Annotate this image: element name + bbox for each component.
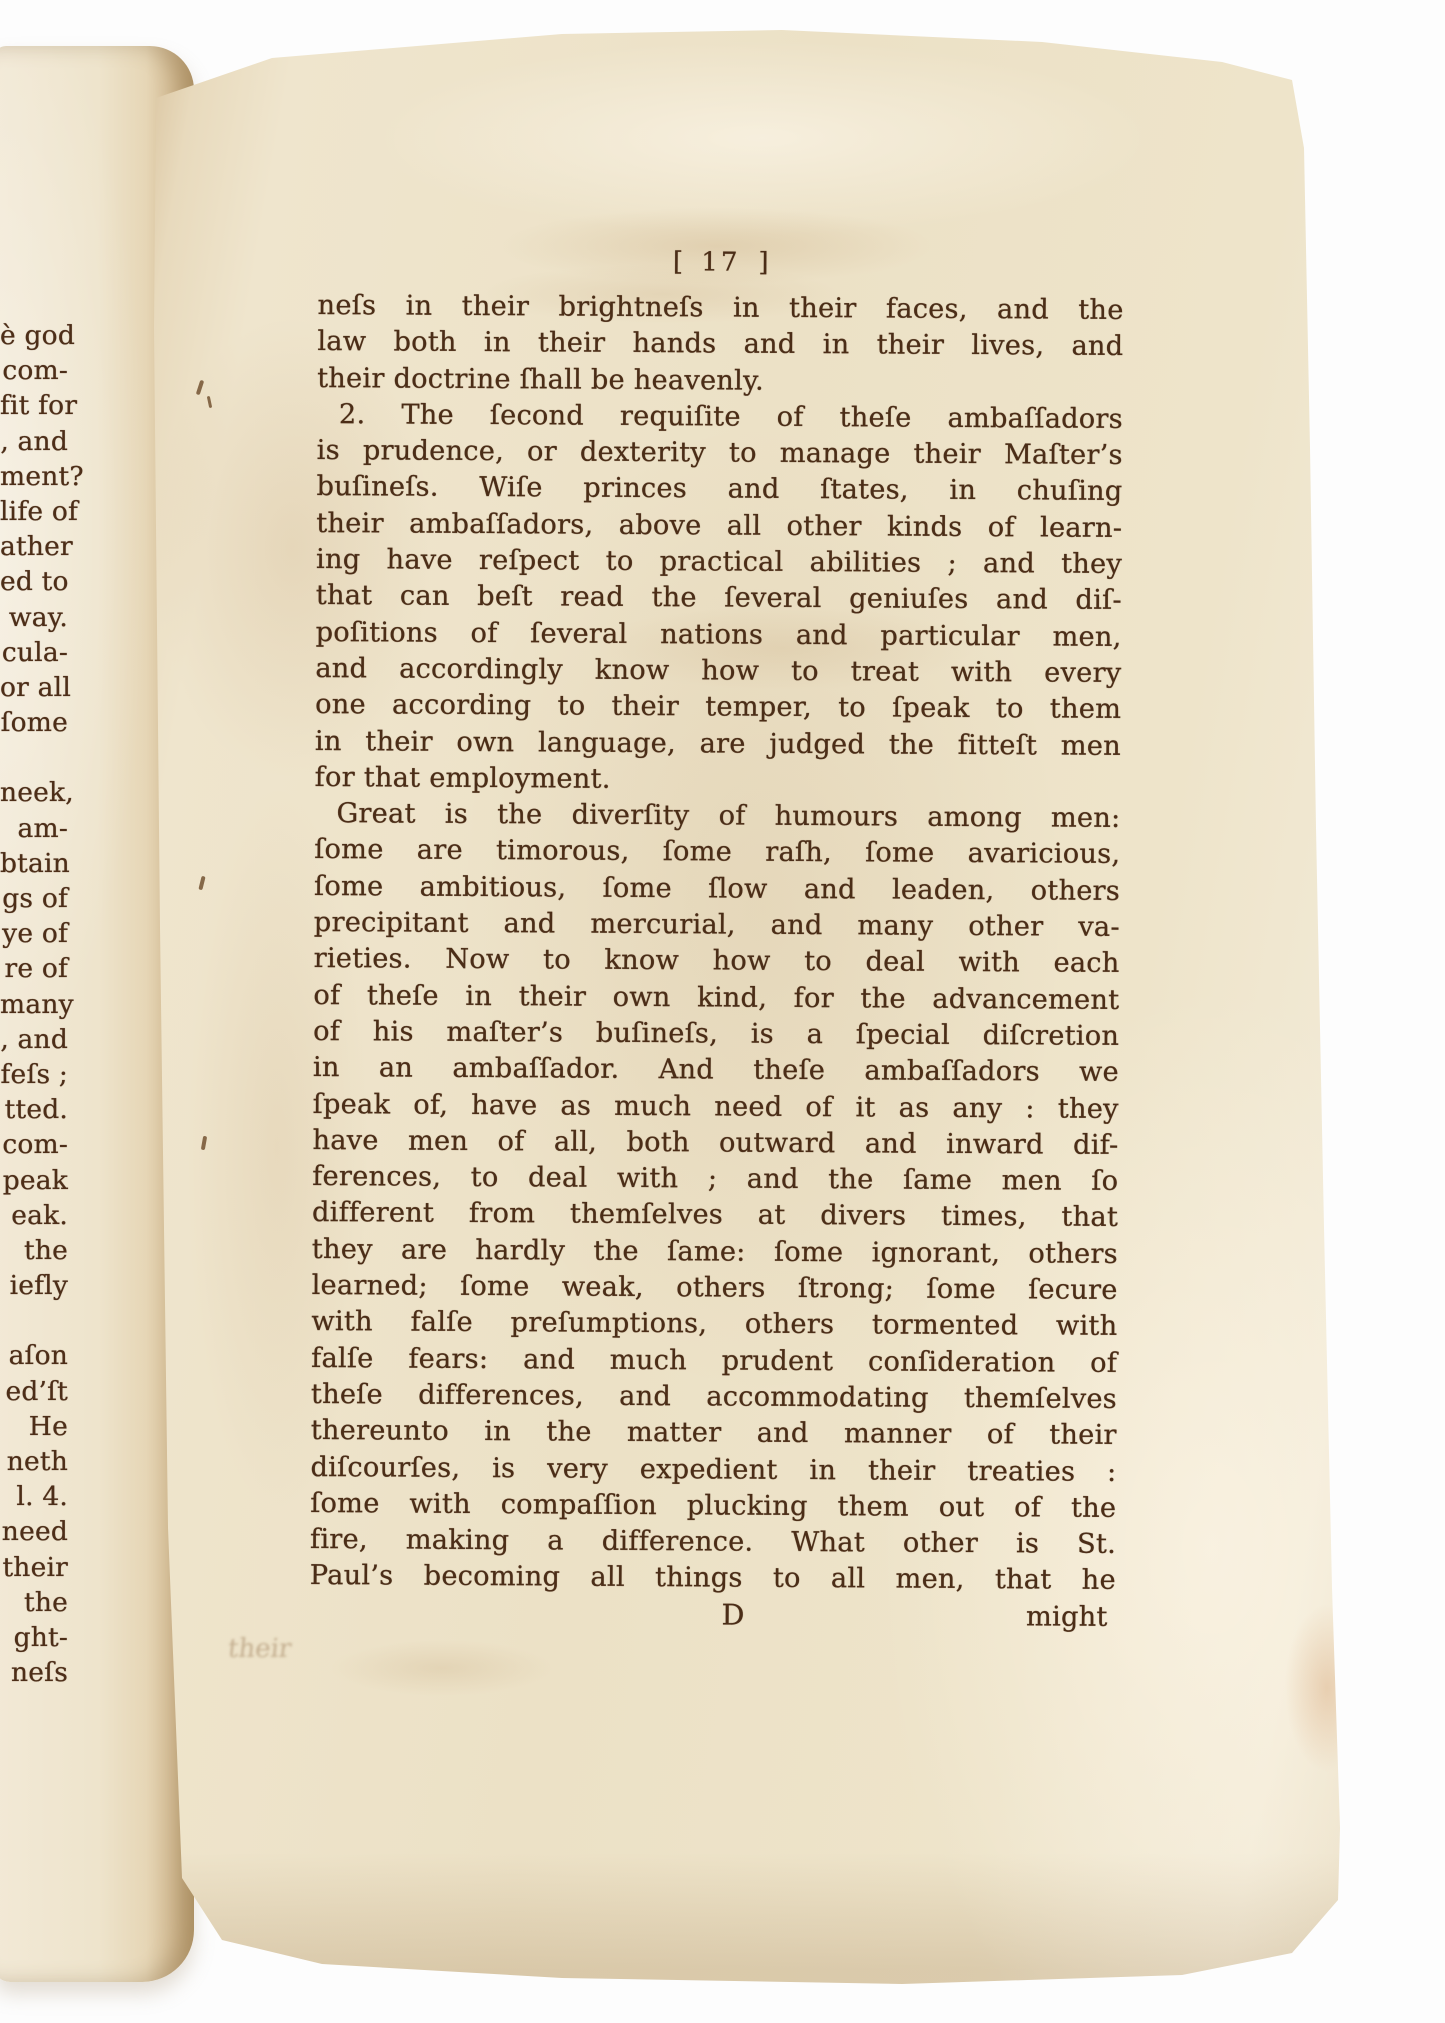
fragment-line: , and — [0, 424, 68, 459]
fragment-line: ſome — [0, 705, 68, 740]
text-line: rieties. Now to know how to deal with ea… — [314, 941, 1120, 982]
text-line: precipitant and mercurial, and many othe… — [314, 905, 1120, 946]
fragment-line: their — [0, 1550, 68, 1585]
text-line: in their own language, are judged the fi… — [315, 724, 1121, 765]
text-line: of theſe in their own kind, for the adva… — [313, 978, 1119, 1019]
fragment-line: , and — [0, 1022, 68, 1057]
fragment-line: neſs — [0, 1655, 68, 1690]
fragment-line: btain — [0, 846, 68, 881]
header-close-bracket: ] — [758, 248, 769, 278]
text-line: that can beſt read the ſeveral geniuſes … — [316, 578, 1122, 619]
fragment-line: iefly — [0, 1268, 68, 1303]
fragment-line: è god — [0, 318, 68, 353]
binding-stitch — [196, 380, 204, 396]
text-line: of his maſter’s buſineſs, is a ſpecial d… — [313, 1014, 1119, 1055]
text-line: law both in their hands and in their liv… — [317, 324, 1123, 365]
direction-line: D might — [310, 1595, 1116, 1637]
fragment-line: the — [0, 1585, 68, 1620]
text-line: neſs in their brightneſs in their faces,… — [317, 288, 1123, 329]
fragment-line: com- — [0, 1127, 68, 1162]
show-through-text: their — [226, 1634, 292, 1664]
text-line: falſe fears: and much prudent conſiderat… — [311, 1341, 1117, 1382]
fragment-line: aſon — [0, 1338, 68, 1373]
text-line: Paul’s becoming all things to all men, t… — [310, 1558, 1116, 1599]
fragment-line: neek, — [0, 775, 68, 810]
text-line: ſome with compaſſion plucking them out o… — [310, 1486, 1116, 1527]
fragment-line: life of — [0, 494, 68, 529]
text-line: thereunto in the matter and manner of th… — [311, 1413, 1117, 1454]
left-page-fragments: è godcom-fit for, andment?life ofathered… — [0, 318, 68, 1690]
fragment-line: the — [0, 1233, 68, 1268]
fragment-line: ather — [0, 529, 68, 564]
text-line: their ambaſſadors, above all other kinds… — [316, 506, 1122, 547]
text-line: buſineſs. Wiſe princes and ſtates, in ch… — [316, 469, 1122, 510]
binding-stitch — [201, 1136, 207, 1150]
text-line: with falſe preſumptions, others tormente… — [311, 1304, 1117, 1345]
fragment-line: feſs ; — [0, 1057, 68, 1092]
text-line: learned; ſome weak, others ſtrong; ſome … — [312, 1268, 1118, 1309]
fragment-gap — [0, 1303, 68, 1338]
text-line: they are hardly the ſame: ſome ignorant,… — [312, 1232, 1118, 1273]
text-line: ing have reſpect to practical abilities … — [316, 542, 1122, 583]
text-line: ſpeak of, have as much need of it as any… — [313, 1087, 1119, 1128]
fragment-line: am- — [0, 811, 68, 846]
paragraph: neſs in their brightneſs in their faces,… — [317, 288, 1124, 402]
fragment-line: He — [0, 1409, 68, 1444]
fragment-line: tted. — [0, 1092, 68, 1127]
fragment-line: neth — [0, 1444, 68, 1479]
text-line: ferences, to deal with ; and the ſame me… — [312, 1159, 1118, 1200]
fragment-line: many — [0, 987, 68, 1022]
fragment-line: eak. — [0, 1198, 68, 1233]
fragment-line: ed’ſt — [0, 1374, 68, 1409]
fragment-line: way. — [0, 600, 68, 635]
text-block: [17] neſs in their brightneſs in their f… — [310, 242, 1124, 1637]
text-paragraphs: neſs in their brightneſs in their faces,… — [310, 288, 1124, 1600]
text-line: 2. The ſecond requiſite of theſe ambaſſa… — [317, 397, 1123, 438]
text-line: one according to their temper, to ſpeak … — [315, 687, 1121, 728]
text-line: for that employment. — [315, 760, 1121, 801]
text-line: different from themſelves at divers time… — [312, 1195, 1118, 1236]
page-header: [17] — [318, 242, 1124, 283]
fragment-line: ght- — [0, 1620, 68, 1655]
book-page: their [17] neſs in their brightneſs in t… — [142, 28, 1350, 1990]
text-line: and accordingly know how to treat with e… — [315, 651, 1121, 692]
fragment-line: ye of — [0, 916, 68, 951]
fragment-line: l. 4. — [0, 1479, 68, 1514]
text-line: theſe differences, and accommodating the… — [311, 1377, 1117, 1418]
binding-stitch — [207, 396, 212, 408]
fragment-line: fit for — [0, 388, 68, 423]
fragment-line: re of — [0, 951, 68, 986]
book-photo: è godcom-fit for, andment?life ofathered… — [0, 0, 1445, 2023]
fragment-line: ed to — [0, 564, 68, 599]
fragment-line: gs of — [0, 881, 68, 916]
fragment-line: or all — [0, 670, 68, 705]
text-line: ſome ambitious, ſome ſlow and leaden, ot… — [314, 869, 1120, 910]
header-open-bracket: [ — [673, 247, 684, 277]
catchword: might — [1026, 1599, 1108, 1636]
text-line: in an ambaſſador. And theſe ambaſſadors … — [313, 1050, 1119, 1091]
binding-stitch — [198, 876, 205, 891]
text-line: is prudence, or dexterity to manage thei… — [317, 433, 1123, 474]
page-number: 17 — [701, 247, 740, 277]
text-line: their doctrine ſhall be heavenly. — [317, 361, 1123, 402]
text-line: fire, making a difference. What other is… — [310, 1522, 1116, 1563]
fragment-line: ment? — [0, 459, 68, 494]
text-line: diſcourſes, is very expedient in their t… — [310, 1449, 1116, 1490]
fragment-line: com- — [0, 353, 68, 388]
signature-mark: D — [722, 1597, 745, 1633]
fragment-line: cula- — [0, 635, 68, 670]
text-line: have men of all, both outward and inward… — [312, 1123, 1118, 1164]
text-line: ſome are timorous, ſome raſh, ſome avari… — [314, 832, 1120, 873]
fragment-gap — [0, 740, 68, 775]
fragment-line: peak — [0, 1163, 68, 1198]
paragraph: Great is the diverſity of humours among … — [310, 796, 1121, 1599]
text-line: poſitions of ſeveral nations and particu… — [316, 615, 1122, 656]
text-line: Great is the diverſity of humours among … — [314, 796, 1120, 837]
fragment-line: need — [0, 1514, 68, 1549]
paragraph: 2. The ſecond requiſite of theſe ambaſſa… — [315, 397, 1123, 801]
